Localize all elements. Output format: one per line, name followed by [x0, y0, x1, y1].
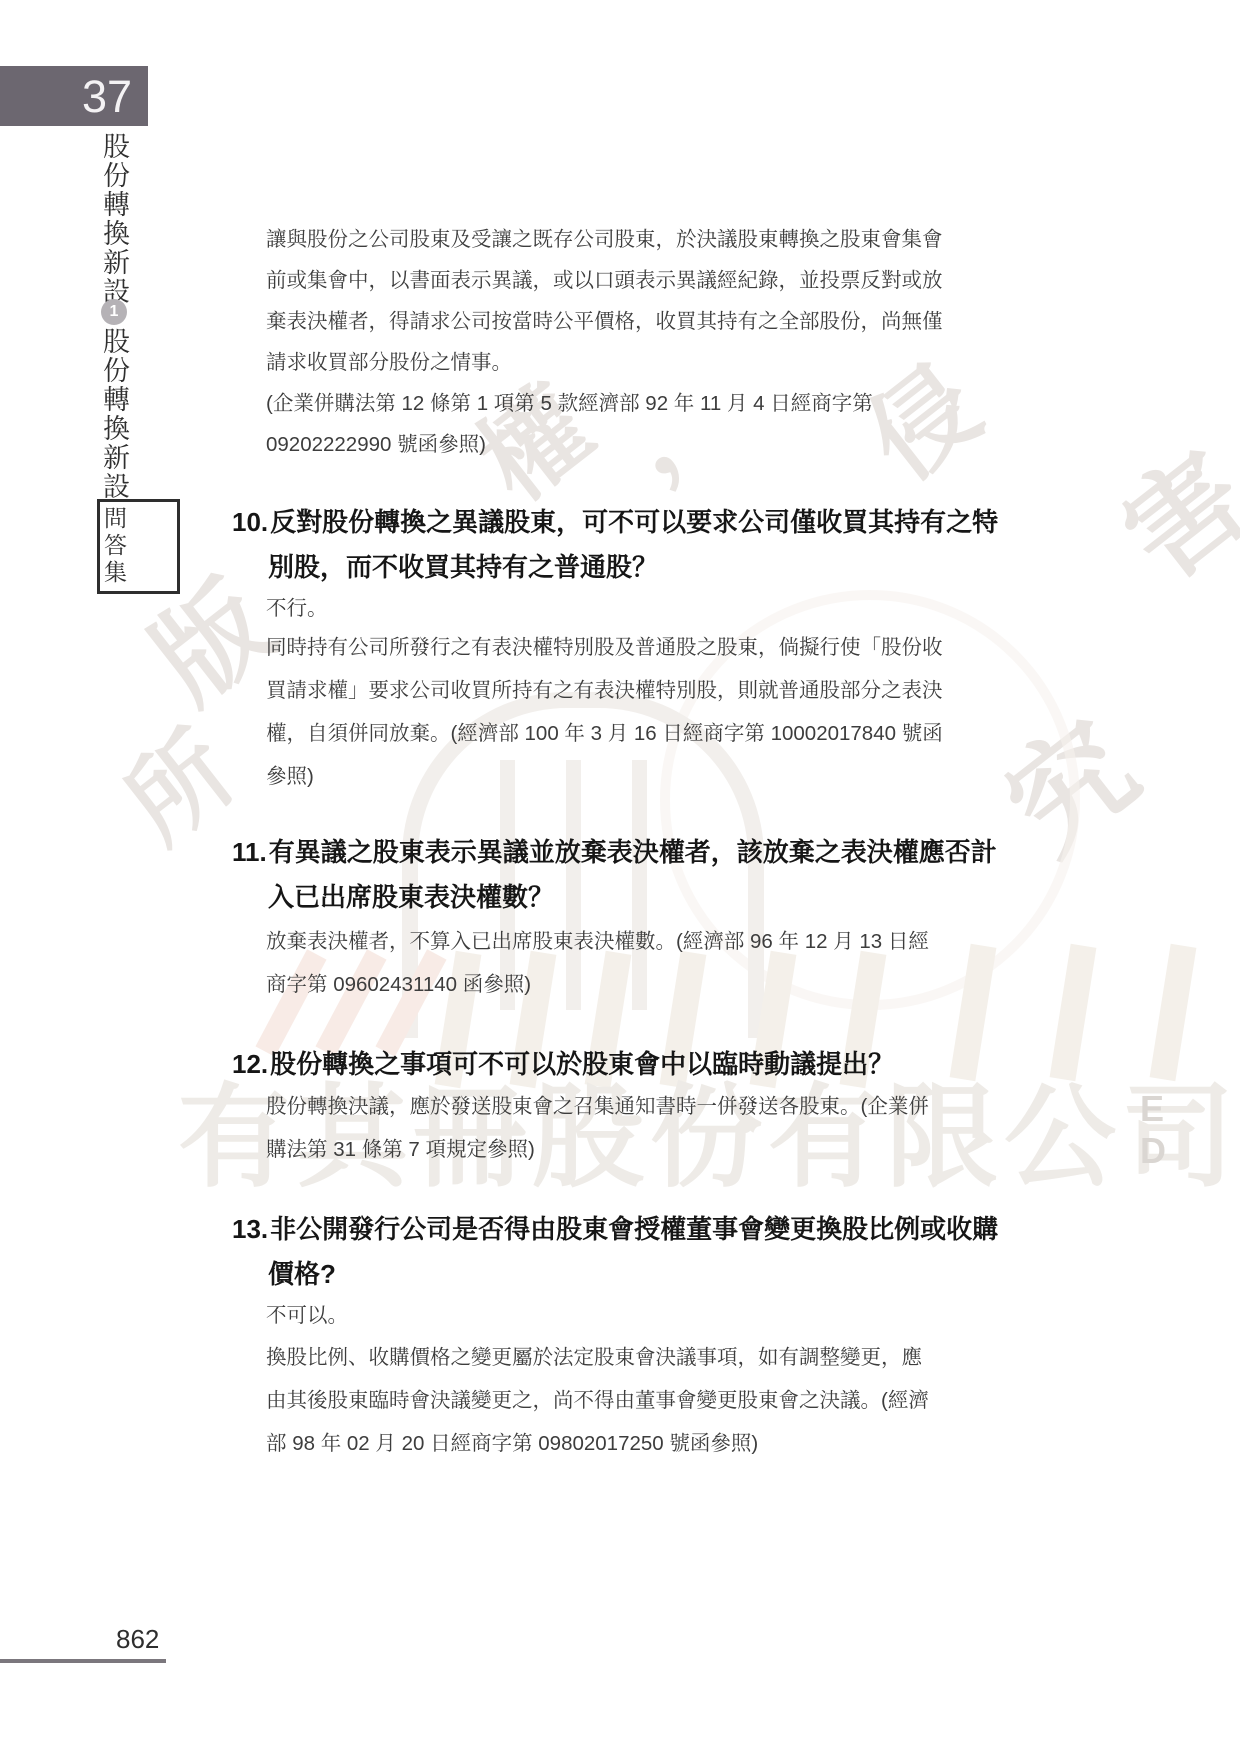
question-text: 股份轉換之事項可不可以於股東會中以臨時動議提出？ [270, 1049, 894, 1079]
text-line: 不行。 [266, 588, 328, 629]
question-11-answer: 放棄表決權者，不算入已出席股東表決權數。(經濟部 96 年 12 月 13 日經… [266, 920, 929, 1006]
text-line: 換股比例、收購價格之變更屬於法定股東會決議事項，如有調整變更，應 [266, 1336, 929, 1379]
question-number: 12. [232, 1049, 268, 1079]
question-11-heading: 11.有異議之股東表示異議並放棄表決權者，該放棄之表決權應否計 入已出席股東表決… [232, 830, 997, 920]
question-text: 有異議之股東表示異議並放棄表決權者，該放棄之表決權應否計 [269, 837, 997, 867]
question-13-short-answer: 不可以。 [266, 1295, 348, 1336]
question-text: 入已出席股東表決權數？ [268, 875, 997, 920]
intro-paragraph: 讓與股份之公司股東及受讓之既存公司股東，於決議股東轉換之股東會集會 前或集會中，… [266, 219, 943, 465]
sidebar-subtitle: 問答集 [101, 506, 126, 587]
question-number: 10. [232, 507, 268, 537]
question-13-heading: 13.非公開發行公司是否得由股東會授權董事會變更換股比例或收購 價格? [232, 1207, 998, 1297]
question-10-answer: 同時持有公司所發行之有表決權特別股及普通股之股東，倘擬行使「股份收 買請求權」要… [266, 626, 943, 798]
question-number: 11. [232, 837, 267, 867]
question-text: 別股，而不收買其持有之普通股？ [268, 545, 998, 590]
text-line: 股份轉換決議，應於發送股東會之召集通知書時一併發送各股東。(企業併 [266, 1085, 929, 1128]
text-line: 不可以。 [266, 1295, 348, 1336]
text-line: 權，自須併同放棄。(經濟部 100 年 3 月 16 日經商字第 1000201… [266, 712, 943, 755]
question-10-short-answer: 不行。 [266, 588, 328, 629]
watermark-glyph: 害 [1105, 435, 1240, 598]
text-line: 讓與股份之公司股東及受讓之既存公司股東，於決議股東轉換之股東會集會 [266, 219, 943, 260]
part-number-badge: 1 [101, 299, 127, 325]
sidebar-chapter-title: 股份轉換新設 [99, 132, 129, 306]
question-text: 價格? [268, 1252, 998, 1297]
watermark-glyph: 究 [988, 704, 1156, 872]
page-number: 862 [116, 1624, 159, 1655]
footer-rule [0, 1659, 166, 1663]
question-12-heading: 12.股份轉換之事項可不可以於股東會中以臨時動議提出？ [232, 1042, 894, 1087]
text-line: 參照) [266, 755, 943, 798]
sidebar-subtitle-box: 問答集 [97, 499, 180, 594]
watermark-glyph: 所 [110, 718, 250, 858]
watermark-letters: E D [1140, 1088, 1240, 1172]
question-text: 非公開發行公司是否得由股東會授權董事會變更換股比例或收購 [270, 1214, 998, 1244]
part-number: 1 [110, 304, 119, 320]
text-line: 請求收買部分股份之情事。 [266, 342, 943, 383]
text-line: (企業併購法第 12 條第 1 項第 5 款經濟部 92 年 11 月 4 日經… [266, 383, 943, 424]
text-line: 同時持有公司所發行之有表決權特別股及普通股之股東，倘擬行使「股份收 [266, 626, 943, 669]
text-line: 購法第 31 條第 7 項規定參照) [266, 1128, 929, 1171]
text-line: 部 98 年 02 月 20 日經商字第 09802017250 號函參照) [266, 1422, 929, 1465]
text-line: 棄表決權者，得請求公司按當時公平價格，收買其持有之全部股份，尚無僅 [266, 301, 943, 342]
text-line: 由其後股東臨時會決議變更之，尚不得由董事會變更股東會之決議。(經濟 [266, 1379, 929, 1422]
watermark-stripe [1050, 944, 1097, 1081]
question-number: 13. [232, 1214, 268, 1244]
watermark-stripe [950, 944, 997, 1081]
sidebar-part-title: 股份轉換新設 [99, 327, 129, 501]
text-line: 前或集會中，以書面表示異議，或以口頭表示異議經紀錄，並投票反對或放 [266, 260, 943, 301]
question-10-heading: 10.反對股份轉換之異議股東，可不可以要求公司僅收買其持有之特 別股，而不收買其… [232, 500, 998, 590]
text-line: 買請求權」要求公司收買所持有之有表決權特別股，則就普通股部分之表決 [266, 669, 943, 712]
question-13-answer: 換股比例、收購價格之變更屬於法定股東會決議事項，如有調整變更，應 由其後股東臨時… [266, 1336, 929, 1465]
text-line: 商字第 09602431140 函參照) [266, 963, 929, 1006]
text-line: 放棄表決權者，不算入已出席股東表決權數。(經濟部 96 年 12 月 13 日經 [266, 920, 929, 963]
text-line: 09202222990 號函參照) [266, 424, 943, 465]
question-12-answer: 股份轉換決議，應於發送股東會之召集通知書時一併發送各股東。(企業併 購法第 31… [266, 1085, 929, 1171]
question-text: 反對股份轉換之異議股東，可不可以要求公司僅收買其持有之特 [270, 507, 998, 537]
chapter-number: 37 [82, 74, 132, 119]
watermark-stripe [1150, 944, 1197, 1081]
chapter-number-box: 37 [0, 66, 148, 126]
